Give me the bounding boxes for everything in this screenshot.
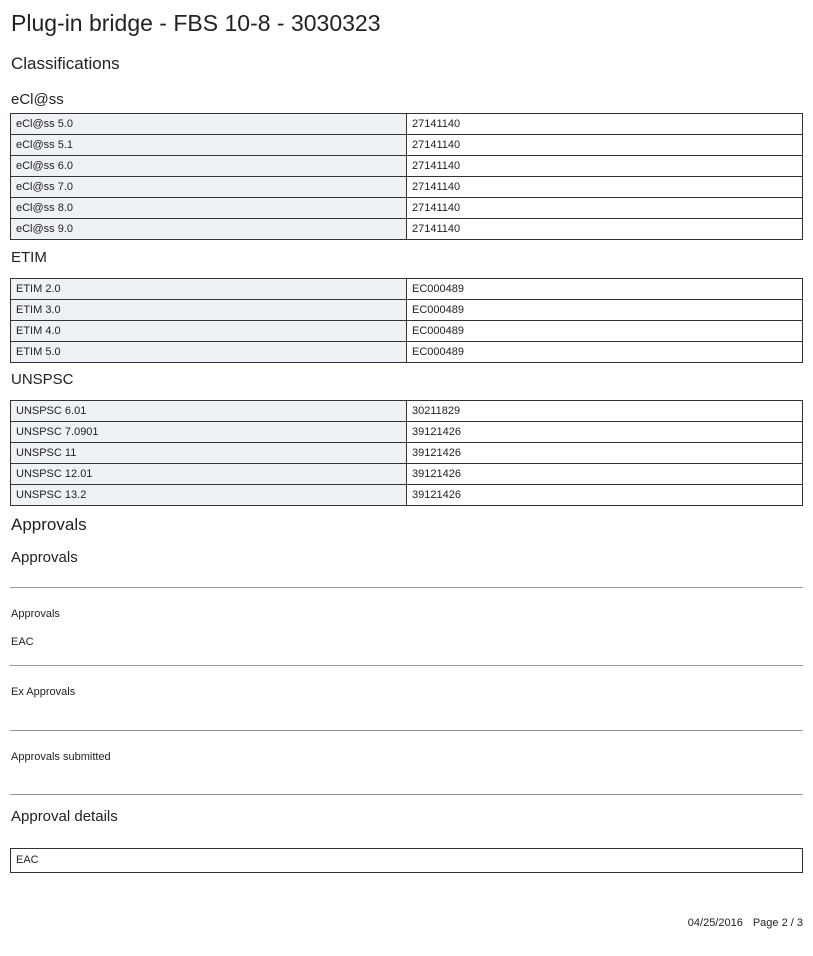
classifications-heading: Classifications — [11, 54, 120, 74]
table-row: eCl@ss 8.027141140 — [11, 198, 803, 219]
row-value: 30211829 — [407, 401, 803, 422]
footer-page-number: Page 2 / 3 — [753, 917, 803, 929]
row-value: 27141140 — [407, 198, 803, 219]
table-row: UNSPSC 1139121426 — [11, 443, 803, 464]
table-row: eCl@ss 5.027141140 — [11, 114, 803, 135]
approval-details-heading: Approval details — [11, 808, 118, 825]
page-footer: 04/25/2016Page 2 / 3 — [688, 917, 803, 929]
ex-approvals-label: Ex Approvals — [11, 686, 75, 698]
unspsc-heading: UNSPSC — [11, 371, 74, 388]
eclass-heading: eCl@ss — [11, 91, 64, 108]
etim-table: ETIM 2.0EC000489ETIM 3.0EC000489ETIM 4.0… — [10, 278, 803, 363]
approvals-heading: Approvals — [11, 515, 87, 535]
row-key: UNSPSC 13.2 — [11, 485, 407, 506]
row-key: UNSPSC 12.01 — [11, 464, 407, 485]
table-row: ETIM 3.0EC000489 — [11, 300, 803, 321]
row-key: eCl@ss 5.0 — [11, 114, 407, 135]
separator — [10, 665, 803, 666]
approvals-subheading: Approvals — [11, 549, 78, 566]
row-value: EC000489 — [407, 321, 803, 342]
approvals-submitted-label: Approvals submitted — [11, 751, 111, 763]
table-row: eCl@ss 7.027141140 — [11, 177, 803, 198]
table-row: UNSPSC 13.239121426 — [11, 485, 803, 506]
row-key: UNSPSC 7.0901 — [11, 422, 407, 443]
separator — [10, 794, 803, 795]
eclass-table: eCl@ss 5.027141140eCl@ss 5.127141140eCl@… — [10, 113, 803, 240]
table-row: eCl@ss 5.127141140 — [11, 135, 803, 156]
table-row: UNSPSC 12.0139121426 — [11, 464, 803, 485]
row-key: eCl@ss 7.0 — [11, 177, 407, 198]
table-row: ETIM 2.0EC000489 — [11, 279, 803, 300]
row-key: ETIM 4.0 — [11, 321, 407, 342]
table-row: ETIM 5.0EC000489 — [11, 342, 803, 363]
row-value: 39121426 — [407, 422, 803, 443]
table-row: eCl@ss 6.027141140 — [11, 156, 803, 177]
approval-details-value: EAC — [10, 848, 803, 873]
row-key: UNSPSC 6.01 — [11, 401, 407, 422]
footer-date: 04/25/2016 — [688, 917, 743, 929]
approvals-label: Approvals — [11, 608, 60, 620]
approvals-value: EAC — [11, 636, 34, 648]
page-title: Plug-in bridge - FBS 10-8 - 3030323 — [11, 10, 381, 37]
table-row: UNSPSC 6.0130211829 — [11, 401, 803, 422]
row-value: 27141140 — [407, 135, 803, 156]
row-key: eCl@ss 6.0 — [11, 156, 407, 177]
etim-heading: ETIM — [11, 249, 47, 266]
row-value: EC000489 — [407, 300, 803, 321]
row-value: 39121426 — [407, 485, 803, 506]
row-value: EC000489 — [407, 342, 803, 363]
row-key: ETIM 5.0 — [11, 342, 407, 363]
unspsc-table: UNSPSC 6.0130211829UNSPSC 7.090139121426… — [10, 400, 803, 506]
row-key: eCl@ss 5.1 — [11, 135, 407, 156]
row-value: 39121426 — [407, 443, 803, 464]
row-value: 27141140 — [407, 177, 803, 198]
row-key: eCl@ss 9.0 — [11, 219, 407, 240]
table-row: UNSPSC 7.090139121426 — [11, 422, 803, 443]
row-key: eCl@ss 8.0 — [11, 198, 407, 219]
table-row: ETIM 4.0EC000489 — [11, 321, 803, 342]
table-row: eCl@ss 9.027141140 — [11, 219, 803, 240]
row-key: ETIM 3.0 — [11, 300, 407, 321]
row-value: EC000489 — [407, 279, 803, 300]
row-value: 27141140 — [407, 156, 803, 177]
separator — [10, 730, 803, 731]
row-value: 27141140 — [407, 114, 803, 135]
separator — [10, 587, 803, 588]
row-value: 39121426 — [407, 464, 803, 485]
row-key: UNSPSC 11 — [11, 443, 407, 464]
row-key: ETIM 2.0 — [11, 279, 407, 300]
row-value: 27141140 — [407, 219, 803, 240]
